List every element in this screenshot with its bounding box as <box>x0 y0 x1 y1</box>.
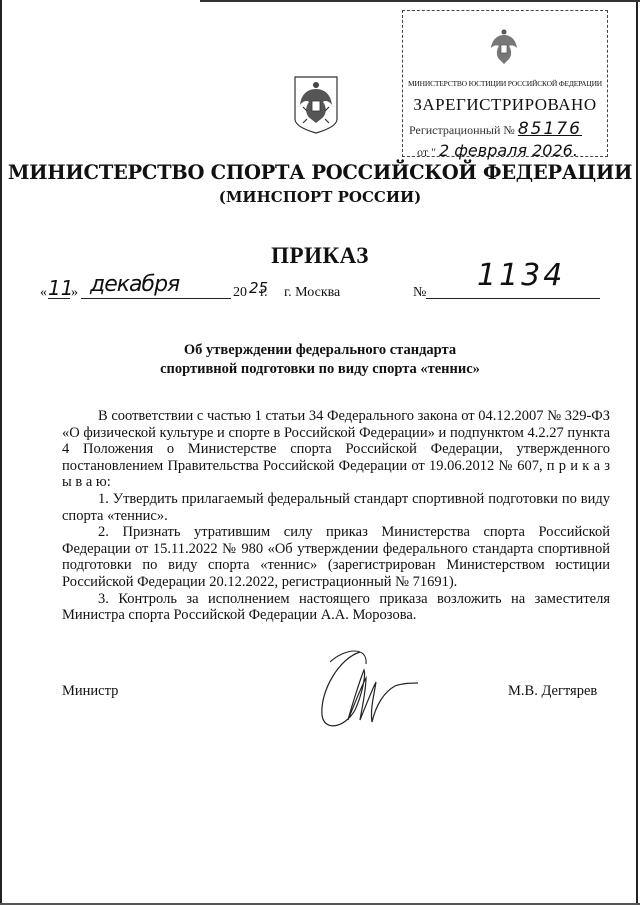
stamp-registration-row: Регистрационный № 85176 <box>409 119 582 139</box>
order-subject: Об утверждении федерального стандарта сп… <box>0 341 640 378</box>
scan-edge-right <box>636 0 638 905</box>
order-number: 1134 <box>477 258 565 293</box>
clause-1-paragraph: 1. Утвердить прилагаемый федеральный ста… <box>62 491 610 524</box>
signer-name: М.В. Дегтярев <box>508 683 597 700</box>
stamp-date-row: от " 2 февраля 2026. <box>417 141 578 160</box>
order-body: В соответствии с частью 1 статьи 34 Феде… <box>62 408 610 624</box>
stamp-status: ЗАРЕГИСТРИРОВАНО <box>403 95 607 115</box>
date-month-underline <box>81 298 231 299</box>
number-sign: № <box>413 285 426 301</box>
stamp-reg-number: 85176 <box>518 119 582 139</box>
stamp-reg-label: Регистрационный № <box>409 123 515 137</box>
date-month: декабря <box>90 272 179 297</box>
date-day-underline <box>48 298 70 299</box>
city: г. Москва <box>284 285 340 301</box>
clause-2-paragraph: 2. Признать утратившим силу приказ Минис… <box>62 524 610 590</box>
scan-edge-top <box>200 0 640 2</box>
subject-line-1: Об утверждении федерального стандарта <box>0 341 640 360</box>
date-year-prefix: 20 <box>233 285 247 301</box>
handwritten-signature-icon <box>300 650 420 735</box>
document-page: МИНИСТЕРСТВО ЮСТИЦИИ РОССИЙСКОЙ ФЕДЕРАЦИ… <box>0 0 640 905</box>
coat-of-arms-icon <box>293 75 339 135</box>
order-number-underline <box>426 298 600 299</box>
stamp-date-value: 2 февраля 2026. <box>439 141 578 160</box>
ministry-abbreviation: (МИНСПОРТ РОССИИ) <box>0 188 640 206</box>
signer-title: Министр <box>62 683 118 700</box>
registration-stamp: МИНИСТЕРСТВО ЮСТИЦИИ РОССИЙСКОЙ ФЕДЕРАЦИ… <box>402 10 608 157</box>
preamble-paragraph: В соответствии с частью 1 статьи 34 Феде… <box>62 408 610 491</box>
order-date-row: « 11 » декабря 20 25 г. г. Москва № 1134 <box>40 276 610 306</box>
clause-3-paragraph: 3. Контроль за исполнением настоящего пр… <box>62 591 610 624</box>
date-year-suffix: г. <box>260 285 268 301</box>
subject-line-2: спортивной подготовки по виду спорта «те… <box>0 360 640 379</box>
date-quote-close: » <box>71 285 78 301</box>
scan-edge-left <box>0 0 2 905</box>
date-day: 11 <box>48 276 73 300</box>
stamp-ministry-name: МИНИСТЕРСТВО ЮСТИЦИИ РОССИЙСКОЙ ФЕДЕРАЦИ… <box>405 79 605 88</box>
stamp-date-label: от " <box>417 145 436 159</box>
stamp-coat-of-arms-icon <box>487 27 521 67</box>
date-quote-open: « <box>40 285 47 301</box>
ministry-title: МИНИСТЕРСТВО СПОРТА РОССИЙСКОЙ ФЕДЕРАЦИИ <box>0 161 640 184</box>
